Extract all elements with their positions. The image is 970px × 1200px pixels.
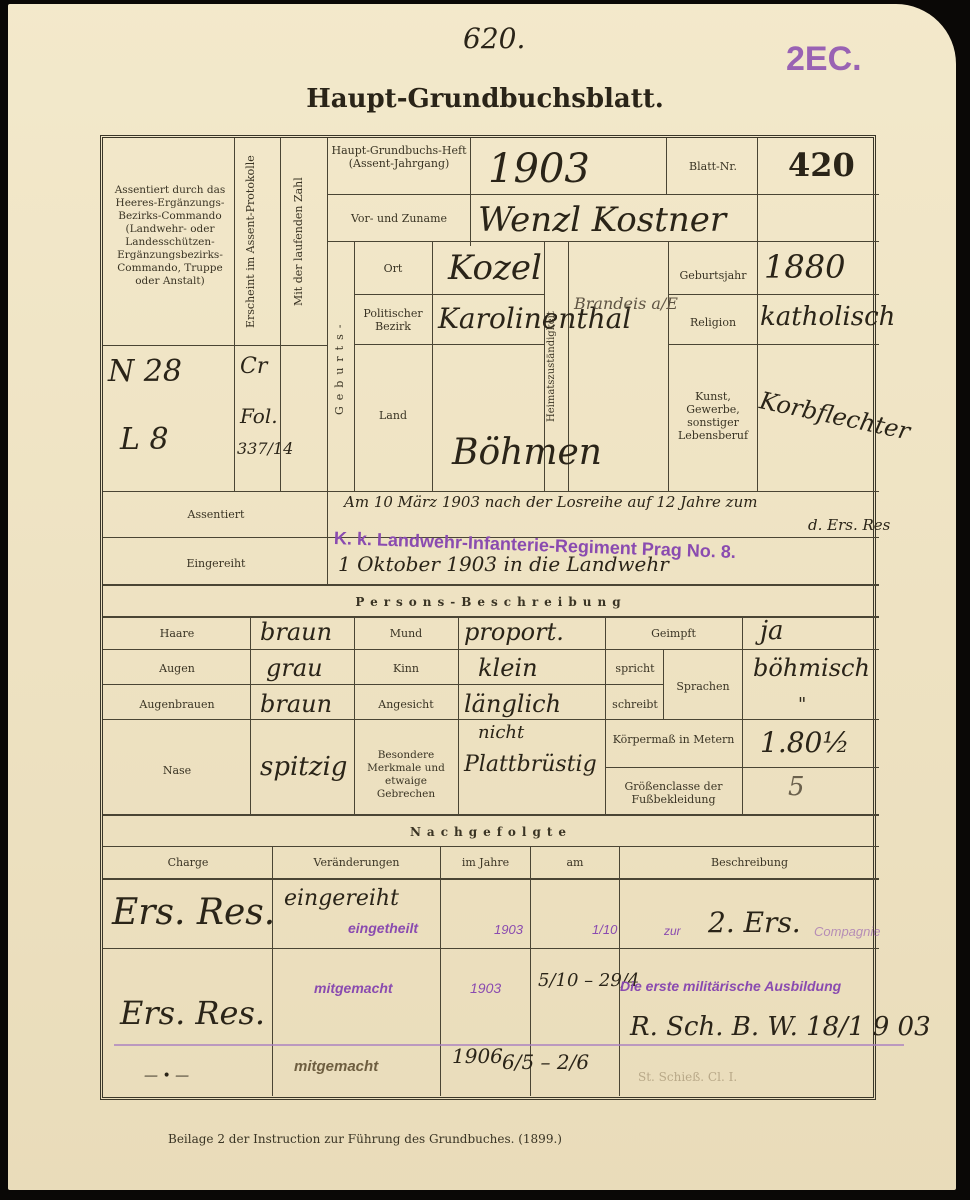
row1-am: 1/10 (592, 922, 617, 937)
geburt-section-label: Geburts- (333, 249, 351, 485)
footer-note: Beilage 2 der Instruction zur Führung de… (168, 1132, 562, 1146)
row2-beschreibung-hand: R. Sch. B. W. 18/1 9 03 (630, 1012, 931, 1042)
merkmale-label: Besondere Merkmale und etwaige Gebrechen (356, 749, 456, 801)
geburtsjahr-label: Geburtsjahr (670, 269, 756, 282)
assentiert-durch-value-1: N 28 (108, 354, 182, 389)
col-beschreibung: Beschreibung (620, 856, 879, 869)
row1-beschreibung-suffix: Compagnie (814, 924, 881, 939)
assentiert-durch-label: Assentiert durch das Heeres-Ergänzungs-B… (108, 184, 232, 288)
violet-rule (114, 1044, 904, 1046)
nase-label: Nase (106, 764, 248, 777)
haare-label: Haare (106, 627, 248, 640)
col-charge: Charge (104, 856, 272, 869)
blatt-label: Blatt-Nr. (670, 160, 756, 173)
eingereiht-value: 1 Oktober 1903 in die Landwehr (338, 552, 669, 576)
document-page: 620. 2EC. Haupt-Grundbuchsblatt. (8, 4, 956, 1190)
row1-veraenderung-stamp: eingetheilt (348, 920, 418, 936)
persons-section-title: Persons-Beschreibung (103, 596, 879, 609)
kinn-value: klein (478, 654, 538, 682)
col-am: am (531, 856, 619, 869)
mund-label: Mund (356, 627, 456, 640)
geimpft-label: Geimpft (607, 627, 740, 640)
heimat-label: Heimatszuständigkeit (546, 254, 566, 479)
kinn-label: Kinn (356, 662, 456, 675)
page-title: Haupt-Grundbuchsblatt. (0, 84, 970, 114)
name-value: Wenzl Kostner (478, 200, 726, 240)
schreibt-value: " (798, 694, 806, 715)
beruf-label: Kunst, Gewerbe, sonstiger Lebensberuf (670, 390, 756, 442)
heft-value: 1903 (488, 146, 590, 192)
row1-beschreibung-prefix: zur (664, 924, 681, 938)
groessenclasse-label: Größenclasse der Fußbekleidung (607, 780, 740, 806)
nase-value: spitzig (260, 752, 347, 782)
name-label: Vor- und Zuname (330, 212, 468, 225)
protokoll-value-3: 337/14 (237, 439, 293, 458)
assentiert-label: Assentiert (108, 508, 324, 521)
angesicht-value: länglich (464, 690, 561, 718)
merkmale-value-2: Plattbrüstig (464, 752, 597, 777)
augenbrauen-label: Augenbrauen (106, 698, 248, 711)
schreibt-label: schreibt (607, 698, 663, 711)
corner-stamp: 2EC. (786, 40, 862, 79)
row2-beschreibung-stamp: Die erste militärische Ausbildung (620, 978, 841, 994)
row3-veraenderung-stamp: mitgemacht (294, 1058, 378, 1075)
augen-label: Augen (106, 662, 248, 675)
geimpft-value: ja (760, 616, 784, 646)
religion-label: Religion (670, 316, 756, 329)
assentiert-durch-value-2: L 8 (120, 422, 169, 457)
row3-am: 6/5 – 2/6 (502, 1050, 589, 1074)
groessenclasse-value: 5 (788, 772, 805, 802)
col-veraenderungen: Veränderungen (273, 856, 440, 869)
row3-charge: — • — (144, 1068, 189, 1084)
laufende-zahl-label: Mit der laufenden Zahl (292, 144, 316, 340)
mund-value: proport. (464, 618, 564, 646)
protokoll-value-1: Cr (240, 354, 267, 379)
augen-value: grau (266, 654, 323, 682)
heimat-value: Brandeis a/E (574, 294, 678, 313)
assentiert-value: Am 10 März 1903 nach der Losreihe auf 12… (344, 493, 757, 511)
eingereiht-label: Eingereiht (108, 557, 324, 570)
row1-veraenderung-hand: eingereiht (284, 886, 399, 911)
protokoll-value-2: Fol. (240, 404, 278, 428)
merkmale-value-1: nicht (478, 722, 524, 743)
augenbrauen-value: braun (260, 690, 332, 718)
koerpermass-label: Körpermaß in Metern (607, 733, 740, 746)
row1-beschreibung-hand: 2. Ers. (708, 906, 801, 939)
spricht-value: böhmisch (753, 654, 870, 682)
row1-jahr: 1903 (494, 922, 523, 937)
ort-label: Ort (356, 262, 430, 275)
geburtsjahr-value: 1880 (764, 248, 845, 286)
row2-veraenderung-stamp: mitgemacht (314, 980, 393, 996)
blatt-value: 420 (788, 146, 855, 184)
row3-beschreibung-faded: St. Schieß. Cl. I. (638, 1070, 737, 1084)
row2-charge: Ers. Res. (120, 994, 265, 1032)
angesicht-label: Angesicht (356, 698, 456, 711)
spricht-label: spricht (607, 662, 663, 675)
sheet-number: 620. (463, 22, 525, 55)
col-jahr: im Jahre (441, 856, 530, 869)
row2-jahr: 1903 (470, 980, 501, 996)
nachgefolgte-section-title: Nachgefolgte (103, 826, 879, 839)
heft-label: Haupt-Grundbuchs-Heft (Assent-Jahrgang) (330, 144, 468, 170)
land-value: Böhmen (452, 432, 602, 473)
ort-value: Kozel (448, 248, 542, 288)
land-label: Land (356, 409, 430, 422)
assentiert-value-2: d. Ers. Res (808, 516, 890, 534)
bezirk-label: Politischer Bezirk (356, 307, 430, 333)
row1-charge: Ers. Res. (112, 892, 275, 933)
religion-value: katholisch (760, 302, 895, 332)
row3-jahr: 1906 (452, 1044, 503, 1068)
haare-value: braun (260, 618, 332, 646)
protokoll-label: Erscheint im Assent-Protokolle (244, 144, 268, 340)
koerpermass-value: 1.80½ (760, 726, 849, 759)
sprachen-label: Sprachen (665, 680, 741, 693)
